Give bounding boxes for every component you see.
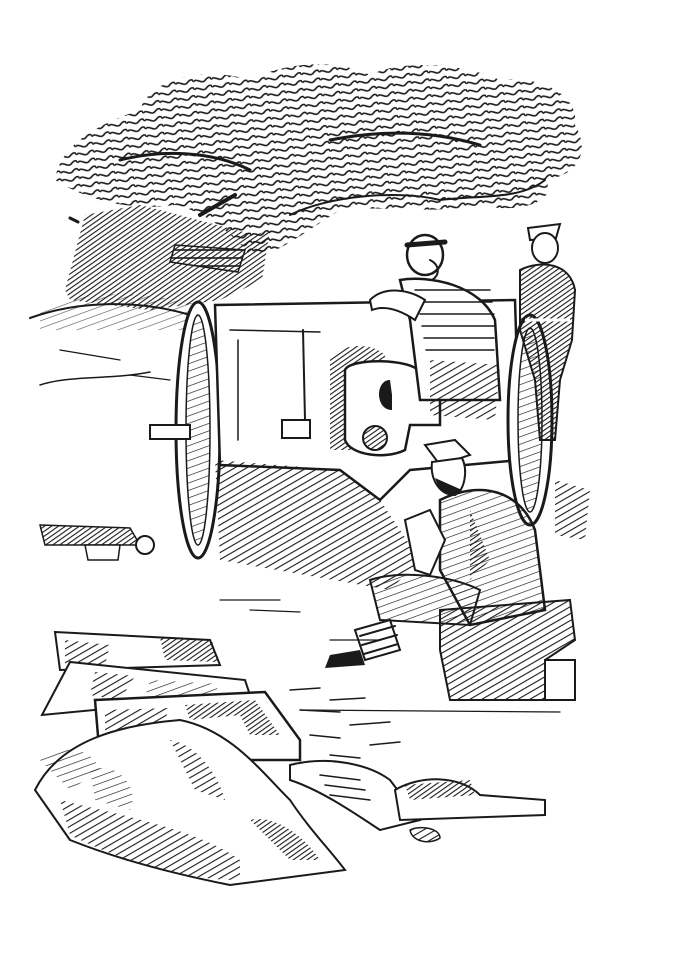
illustration-canvas	[0, 0, 700, 957]
hillside	[30, 294, 200, 385]
debris-left	[40, 525, 154, 560]
gun-wheel-left	[150, 302, 220, 558]
